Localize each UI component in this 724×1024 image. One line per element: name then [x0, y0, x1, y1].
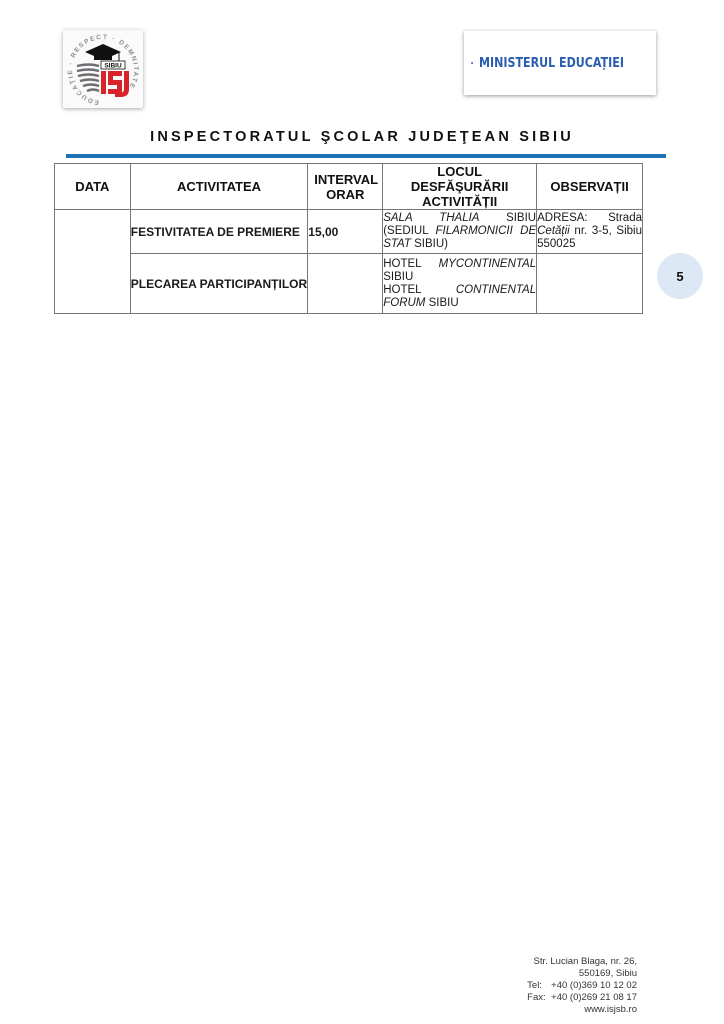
footer-website-link[interactable]: www.isjsb.ro	[527, 1004, 637, 1016]
ministry-of-education-logo: GUVERNUL ROMÂNIEI MINISTERUL EDUCAȚIEI	[464, 31, 656, 95]
svg-text:SIBIU: SIBIU	[104, 63, 122, 70]
column-header-activitatea: ACTIVITATEA	[130, 164, 308, 210]
cell-observatii: ADRESA: Strada Cetății nr. 3-5, Sibiu 55…	[537, 210, 643, 254]
ministry-name: MINISTERUL EDUCAȚIEI	[479, 55, 624, 71]
isj-sibiu-logo: EDUCAȚIE · RESPECT · DEMNITATE SIBIU	[63, 30, 143, 108]
cell-data	[55, 210, 131, 314]
column-header-locul: LOCUL DESFĂŞURĂRII ACTIVITĂȚII	[383, 164, 537, 210]
table-row: FESTIVITATEA DE PREMIERE 15,00 SALA THAL…	[55, 210, 643, 254]
cell-locul: HOTEL MYCONTINENTAL SIBIU HOTEL CONTINEN…	[383, 254, 537, 314]
isj-emblem-icon: EDUCAȚIE · RESPECT · DEMNITATE SIBIU	[63, 30, 143, 108]
column-header-interval-orar: INTERVAL ORAR	[308, 164, 383, 210]
cell-interval-orar: 15,00	[308, 210, 383, 254]
footer-contact: Str. Lucian Blaga, nr. 26, 550169, Sibiu…	[527, 956, 637, 1016]
cell-activitatea: PLECAREA PARTICIPANȚILOR	[130, 254, 308, 314]
government-seal-icon: GUVERNUL ROMÂNIEI	[471, 38, 473, 88]
column-header-data: DATA	[55, 164, 131, 210]
cell-activitatea: FESTIVITATEA DE PREMIERE	[130, 210, 308, 254]
column-header-observatii: OBSERVAȚII	[537, 164, 643, 210]
cell-observatii	[537, 254, 643, 314]
footer-address-line2: 550169, Sibiu	[527, 968, 637, 980]
cell-locul: SALA THALIA SIBIU (SEDIUL FILARMONICII D…	[383, 210, 537, 254]
schedule-table: DATA ACTIVITATEA INTERVAL ORAR LOCUL DES…	[54, 163, 643, 314]
institution-title: INSPECTORATUL ŞCOLAR JUDEŢEAN SIBIU	[0, 129, 724, 145]
table-row: PLECAREA PARTICIPANȚILOR HOTEL MYCONTINE…	[55, 254, 643, 314]
footer-tel: Tel: +40 (0)369 10 12 02	[527, 980, 637, 992]
footer-address-line1: Str. Lucian Blaga, nr. 26,	[527, 956, 637, 968]
table-header-row: DATA ACTIVITATEA INTERVAL ORAR LOCUL DES…	[55, 164, 643, 210]
page-number-badge: 5	[657, 253, 703, 299]
cell-interval-orar	[308, 254, 383, 314]
footer-fax: Fax: +40 (0)269 21 08 17	[527, 992, 637, 1004]
header-divider	[66, 154, 666, 158]
